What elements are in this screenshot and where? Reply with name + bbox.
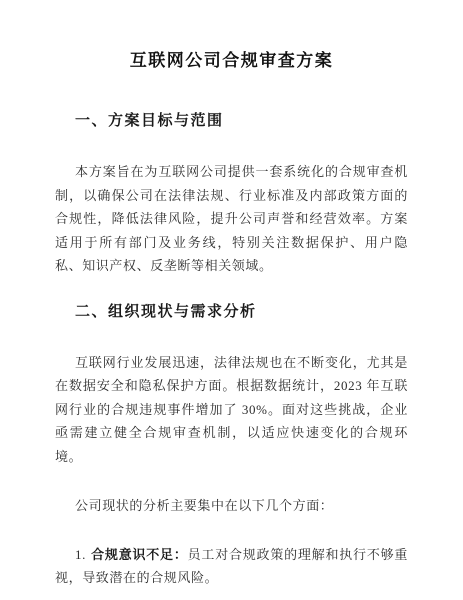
- section-heading-analysis: 二、组织现状与需求分析: [55, 302, 408, 322]
- document-page: 互联网公司合规审查方案 一、方案目标与范围 本方案旨在为互联网公司提供一套系统化…: [0, 0, 463, 600]
- list-item-number: 1.: [75, 547, 86, 562]
- list-item-compliance-awareness: 1.合规意识不足：员工对合规政策的理解和执行不够重视，导致潜在的合规风险。: [55, 543, 408, 590]
- section-heading-objectives: 一、方案目标与范围: [55, 111, 408, 131]
- list-item-term: 合规意识不足：: [91, 547, 188, 562]
- analysis-intro-paragraph: 公司现状的分析主要集中在以下几个方面：: [55, 494, 408, 518]
- analysis-paragraph: 互联网行业发展迅速，法律法规也在不断变化，尤其是在数据安全和隐私保护方面。根据数…: [55, 351, 408, 469]
- objectives-paragraph: 本方案旨在为互联网公司提供一套系统化的合规审查机制，以确保公司在法律法规、行业标…: [55, 160, 408, 278]
- document-title: 互联网公司合规审查方案: [55, 48, 408, 74]
